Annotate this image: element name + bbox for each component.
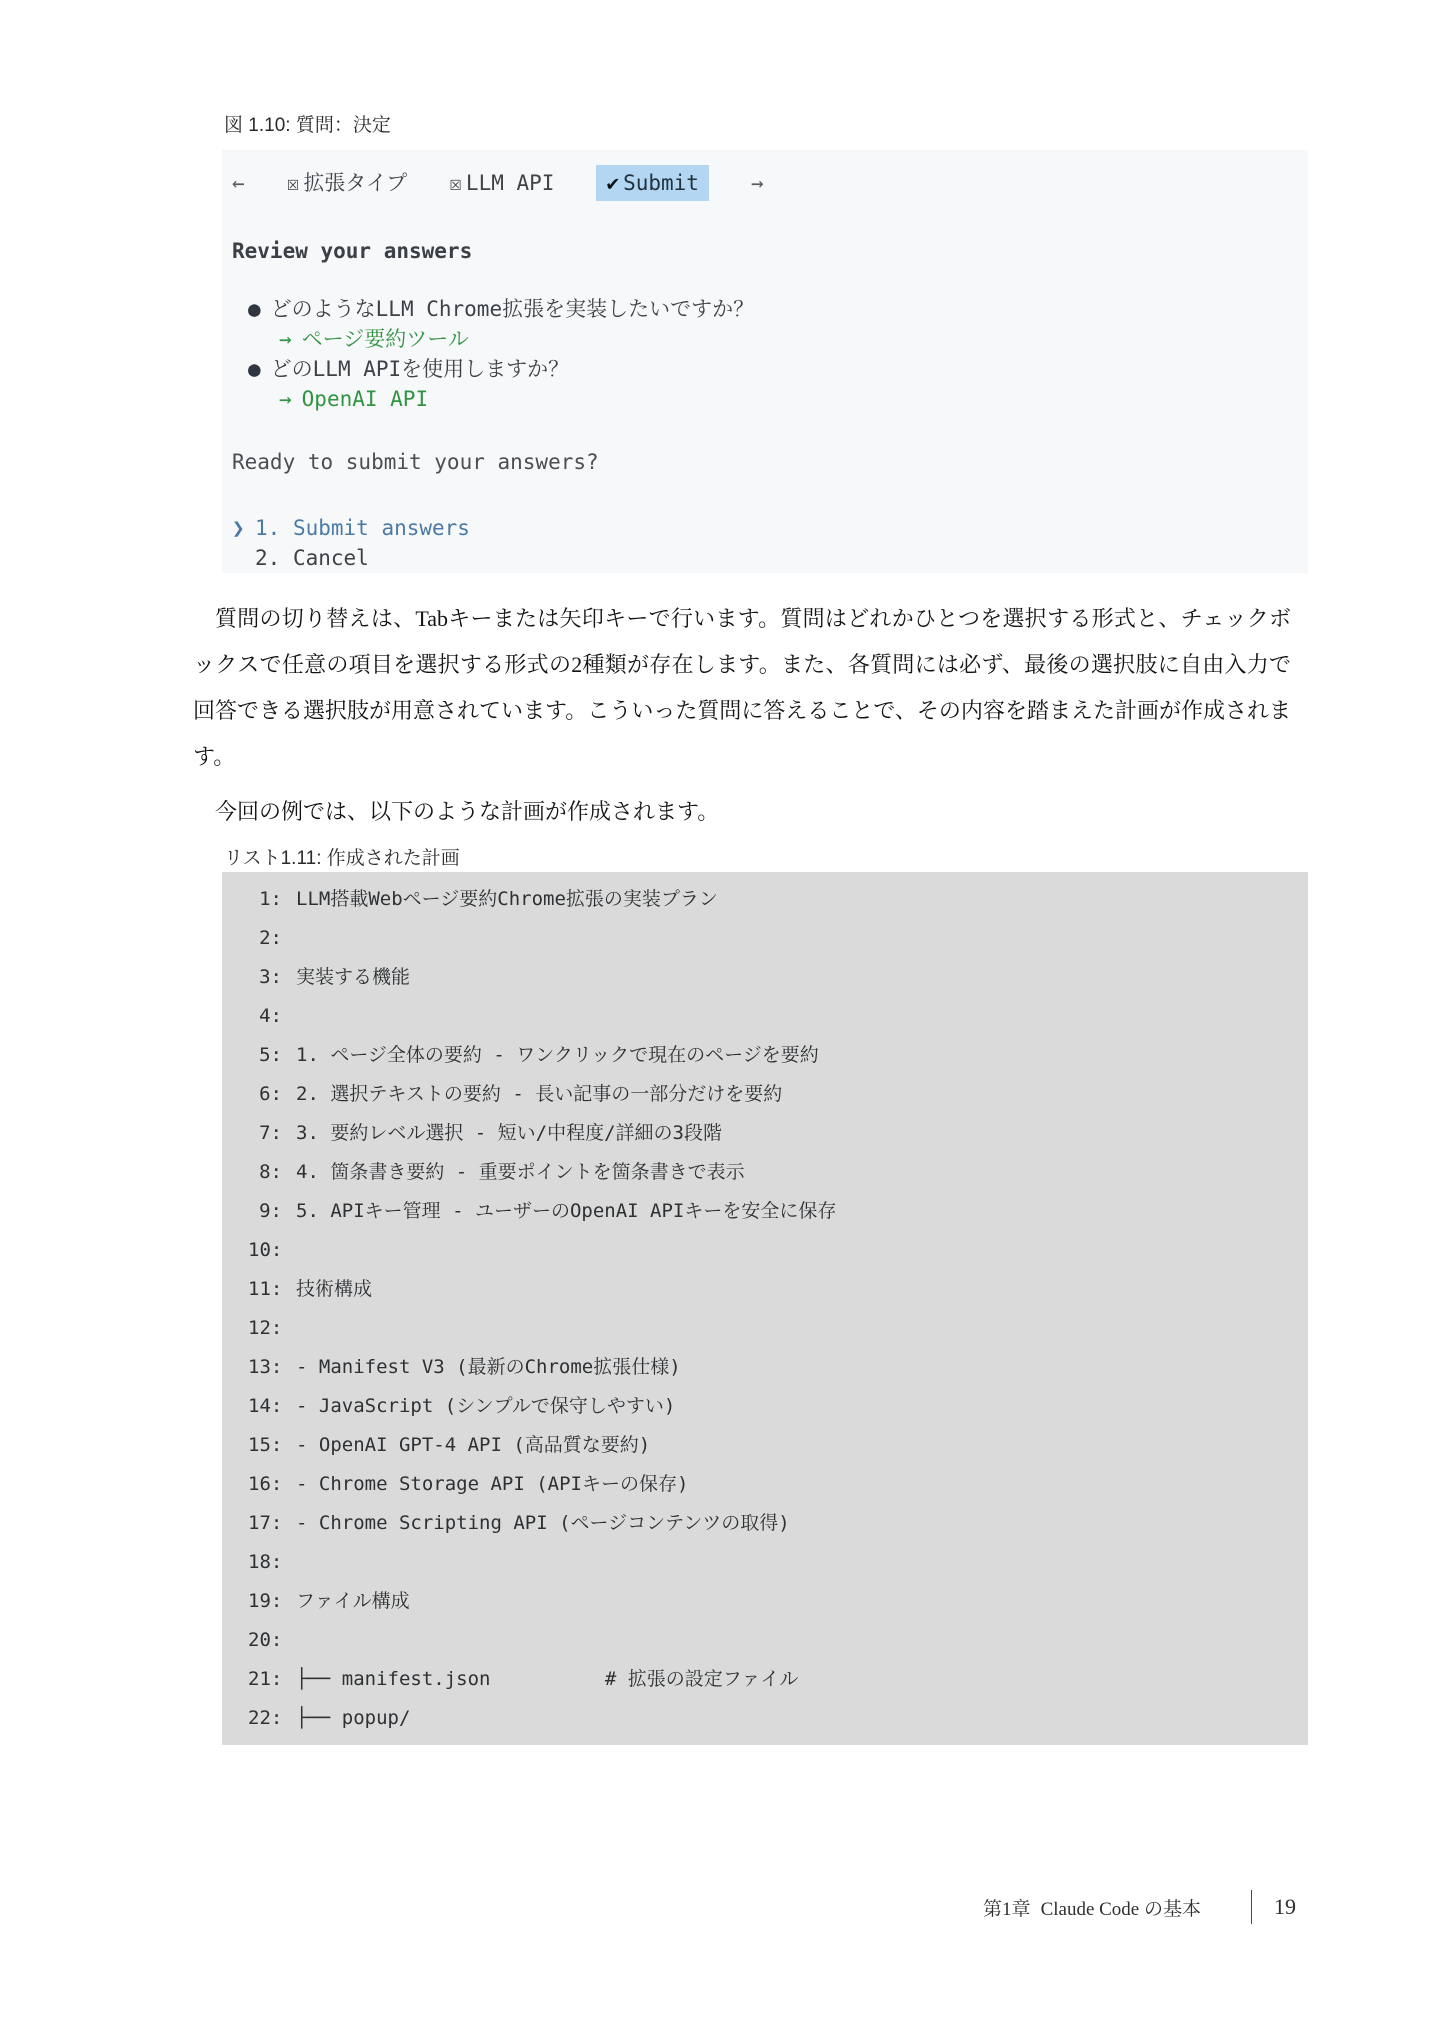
line-number: 13:	[248, 1348, 282, 1387]
code-listing: 1:LLM搭載Webページ要約Chrome拡張の実装プラン2:3:実装する機能4…	[222, 872, 1308, 1745]
wizard-tab-bar: ← ☒拡張タイプ ☒LLM API ✔Submit →	[222, 166, 1308, 200]
listing-caption: リスト1.11: 作成された計画	[224, 843, 460, 870]
listing-lines: 1:LLM搭載Webページ要約Chrome拡張の実装プラン2:3:実装する機能4…	[248, 880, 1308, 1738]
line-text: - JavaScript (シンプルで保守しやすい)	[296, 1387, 675, 1426]
line-number: 18:	[248, 1543, 282, 1582]
line-number: 8:	[248, 1153, 282, 1192]
arrow-right-icon: →	[279, 327, 292, 351]
option-cancel: 2. Cancel	[232, 543, 1308, 573]
tab-label: Submit	[623, 171, 699, 195]
listing-line: 7:3. 要約レベル選択 - 短い/中程度/詳細の3段階	[248, 1114, 1308, 1153]
line-text: 4. 箇条書き要約 - 重要ポイントを箇条書きで表示	[296, 1153, 745, 1192]
line-text: ├── manifest.json # 拡張の設定ファイル	[296, 1660, 798, 1699]
line-number: 11:	[248, 1270, 282, 1309]
page-number: 19	[1274, 1894, 1296, 1920]
answer-item: →ページ要約ツール	[222, 324, 1308, 354]
wizard-terminal-screenshot: ← ☒拡張タイプ ☒LLM API ✔Submit → Review your …	[222, 150, 1308, 573]
listing-line: 17:- Chrome Scripting API (ページコンテンツの取得)	[248, 1504, 1308, 1543]
review-title: Review your answers	[232, 236, 1308, 266]
listing-line: 21:├── manifest.json # 拡張の設定ファイル	[248, 1660, 1308, 1699]
bullet-icon: ●	[248, 357, 261, 381]
arrow-right-icon: →	[279, 387, 292, 411]
listing-line: 2:	[248, 919, 1308, 958]
listing-line: 10:	[248, 1231, 1308, 1270]
listing-line: 11:技術構成	[248, 1270, 1308, 1309]
listing-line: 14:- JavaScript (シンプルで保守しやすい)	[248, 1387, 1308, 1426]
option-number: 2.	[255, 543, 293, 573]
line-number: 1:	[248, 880, 282, 919]
question-text: どのLLM APIを使用しますか？	[271, 357, 570, 381]
question-item: ●どのようなLLM Chrome拡張を実装したいですか？	[222, 294, 1308, 324]
tab-extension-type: ☒拡張タイプ	[287, 168, 408, 198]
bullet-icon: ●	[248, 297, 261, 321]
line-number: 6:	[248, 1075, 282, 1114]
selection-caret-icon: ❯	[232, 513, 255, 543]
listing-line: 1:LLM搭載Webページ要約Chrome拡張の実装プラン	[248, 880, 1308, 919]
listing-line: 5:1. ページ全体の要約 - ワンクリックで現在のページを要約	[248, 1036, 1308, 1075]
line-text: 2. 選択テキストの要約 - 長い記事の一部分だけを要約	[296, 1075, 782, 1114]
line-number: 16:	[248, 1465, 282, 1504]
line-text: - OpenAI GPT-4 API (高品質な要約)	[296, 1426, 650, 1465]
tab-label: 拡張タイプ	[303, 171, 407, 195]
selection-caret-placeholder	[232, 543, 255, 573]
checkmark-icon: ✔	[606, 171, 619, 195]
line-number: 19:	[248, 1582, 282, 1621]
line-number: 4:	[248, 997, 282, 1036]
line-number: 5:	[248, 1036, 282, 1075]
body-paragraph: 今回の例では、以下のような計画が作成されます。	[193, 789, 1291, 835]
line-text: - Manifest V3 (最新のChrome拡張仕様)	[296, 1348, 681, 1387]
body-paragraph: 質問の切り替えは、Tabキーまたは矢印キーで行います。質問はどれかひとつを選択す…	[193, 596, 1291, 780]
listing-line: 12:	[248, 1309, 1308, 1348]
line-text: 3. 要約レベル選択 - 短い/中程度/詳細の3段階	[296, 1114, 722, 1153]
listing-line: 13:- Manifest V3 (最新のChrome拡張仕様)	[248, 1348, 1308, 1387]
line-number: 2:	[248, 919, 282, 958]
line-number: 7:	[248, 1114, 282, 1153]
line-number: 14:	[248, 1387, 282, 1426]
line-number: 22:	[248, 1699, 282, 1738]
page-footer: 第1章 Claude Code の基本 19	[983, 1890, 1296, 1924]
answer-item: →OpenAI API	[222, 384, 1308, 414]
line-number: 3:	[248, 958, 282, 997]
footer-divider	[1251, 1890, 1252, 1924]
option-submit-answers: ❯1. Submit answers	[232, 513, 1308, 543]
line-text: ファイル構成	[296, 1582, 410, 1621]
line-number: 12:	[248, 1309, 282, 1348]
tab-llm-api: ☒LLM API	[449, 168, 554, 198]
line-text: 1. ページ全体の要約 - ワンクリックで現在のページを要約	[296, 1036, 819, 1075]
submit-prompt: Ready to submit your answers?	[232, 447, 1308, 477]
listing-line: 18:	[248, 1543, 1308, 1582]
figure-caption: 図 1.10: 質問：決定	[224, 110, 391, 137]
line-text: 技術構成	[296, 1270, 372, 1309]
option-label: Cancel	[293, 543, 369, 573]
line-text: - Chrome Storage API (APIキーの保存)	[296, 1465, 688, 1504]
line-number: 10:	[248, 1231, 282, 1270]
back-arrow-icon: ←	[232, 168, 245, 198]
answer-text: OpenAI API	[302, 387, 428, 411]
option-list: ❯1. Submit answers 2. Cancel	[232, 513, 1308, 573]
listing-line: 3:実装する機能	[248, 958, 1308, 997]
tab-label: LLM API	[466, 171, 555, 195]
option-label: Submit answers	[293, 513, 470, 543]
forward-arrow-icon: →	[751, 168, 764, 198]
line-number: 17:	[248, 1504, 282, 1543]
line-number: 9:	[248, 1192, 282, 1231]
line-text: ├── popup/	[296, 1699, 410, 1738]
line-number: 20:	[248, 1621, 282, 1660]
checked-box-icon: ☒	[449, 171, 462, 195]
chapter-number: 第1章	[983, 1894, 1031, 1921]
line-text: LLM搭載Webページ要約Chrome拡張の実装プラン	[296, 880, 718, 919]
option-number: 1.	[255, 513, 293, 543]
listing-line: 4:	[248, 997, 1308, 1036]
listing-line: 15:- OpenAI GPT-4 API (高品質な要約)	[248, 1426, 1308, 1465]
chapter-title: Claude Code の基本	[1041, 1894, 1201, 1921]
question-text: どのようなLLM Chrome拡張を実装したいですか？	[271, 297, 754, 321]
tab-submit: ✔Submit	[596, 165, 709, 201]
question-item: ●どのLLM APIを使用しますか？	[222, 354, 1308, 384]
listing-line: 8:4. 箇条書き要約 - 重要ポイントを箇条書きで表示	[248, 1153, 1308, 1192]
line-number: 21:	[248, 1660, 282, 1699]
line-text: 5. APIキー管理 - ユーザーのOpenAI APIキーを安全に保存	[296, 1192, 836, 1231]
listing-line: 9:5. APIキー管理 - ユーザーのOpenAI APIキーを安全に保存	[248, 1192, 1308, 1231]
listing-line: 6:2. 選択テキストの要約 - 長い記事の一部分だけを要約	[248, 1075, 1308, 1114]
answers-review-list: ●どのようなLLM Chrome拡張を実装したいですか？ →ページ要約ツール ●…	[222, 294, 1308, 414]
listing-line: 16:- Chrome Storage API (APIキーの保存)	[248, 1465, 1308, 1504]
line-text: 実装する機能	[296, 958, 410, 997]
line-number: 15:	[248, 1426, 282, 1465]
checked-box-icon: ☒	[287, 171, 300, 195]
line-text: - Chrome Scripting API (ページコンテンツの取得)	[296, 1504, 790, 1543]
book-page: 図 1.10: 質問：決定 ← ☒拡張タイプ ☒LLM API ✔Submit …	[0, 0, 1433, 2024]
listing-line: 19:ファイル構成	[248, 1582, 1308, 1621]
listing-line: 22:├── popup/	[248, 1699, 1308, 1738]
answer-text: ページ要約ツール	[302, 327, 469, 351]
listing-line: 20:	[248, 1621, 1308, 1660]
